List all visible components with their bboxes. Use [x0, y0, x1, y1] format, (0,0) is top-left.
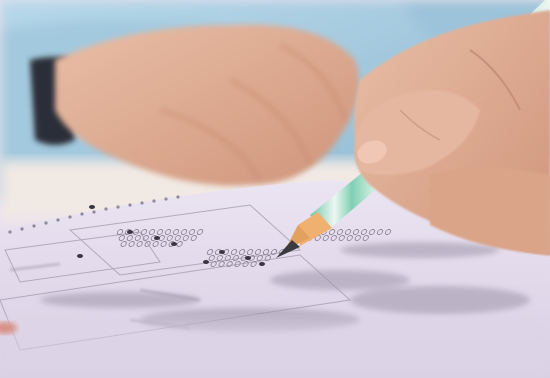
photo-scene: Close-up photo of a hand holding a green…	[0, 0, 550, 378]
photo-illustration	[0, 0, 550, 378]
